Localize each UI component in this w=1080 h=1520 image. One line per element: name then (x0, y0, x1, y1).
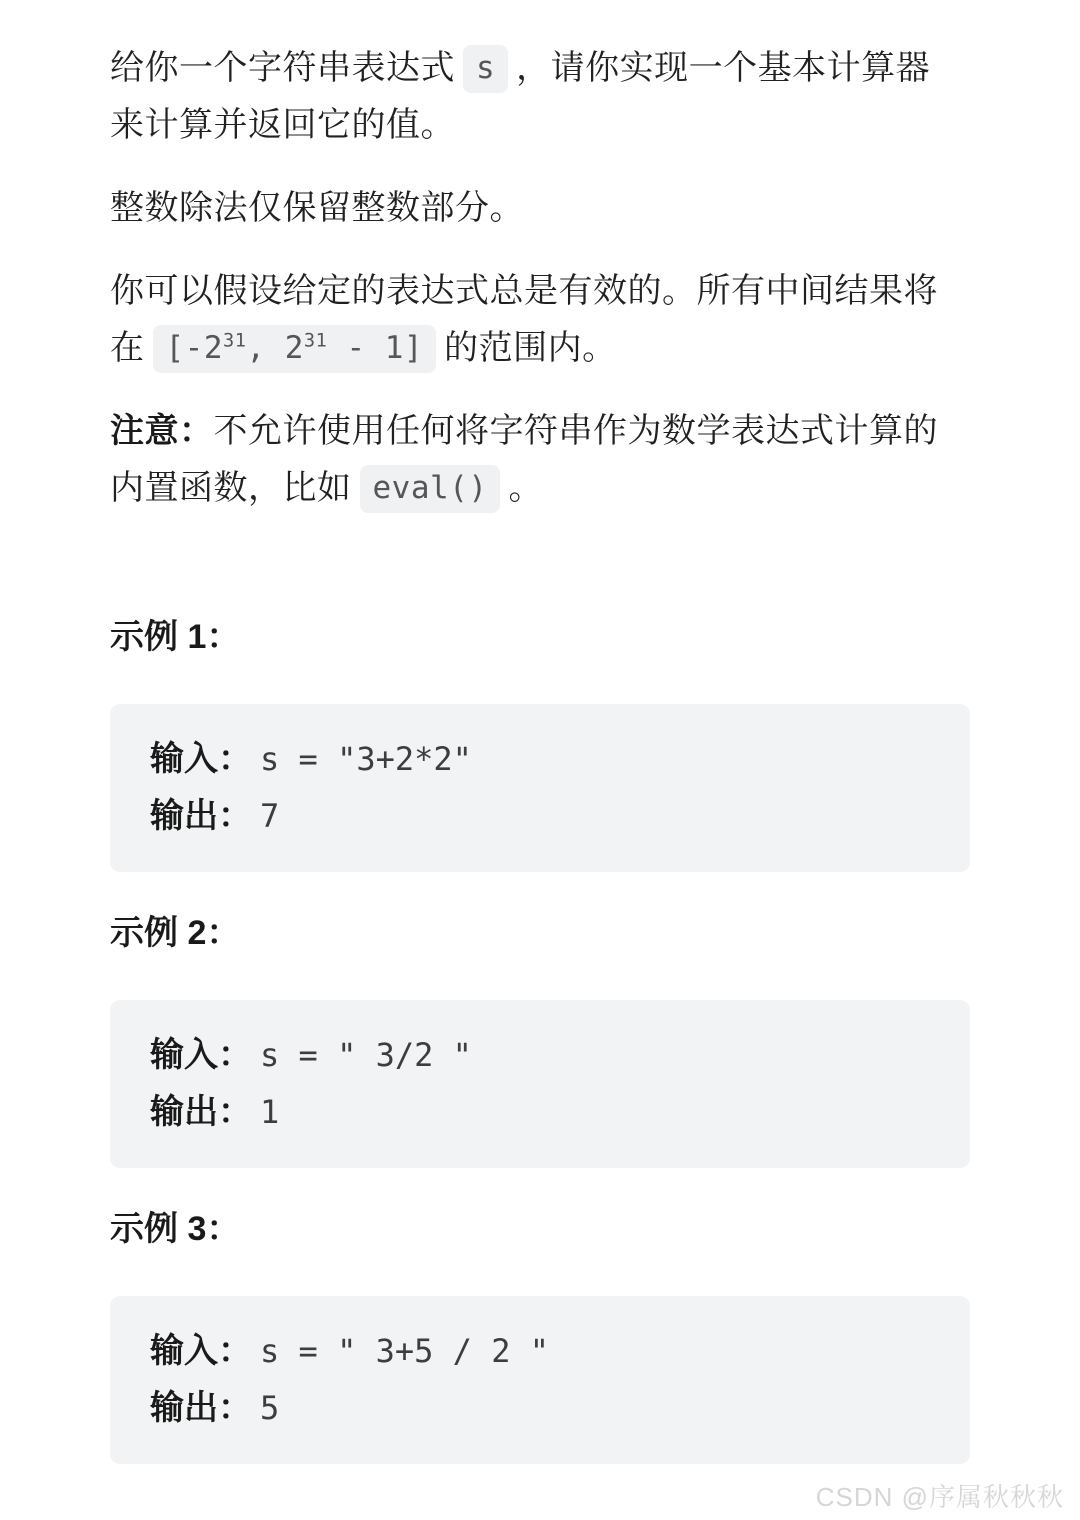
paragraph-note: 注意：不允许使用任何将字符串作为数学表达式计算的内置函数，比如eval()。 (110, 403, 958, 517)
example-3-output-line: 输出：5 (150, 1380, 930, 1437)
range-exponent-2: 31 (304, 331, 327, 352)
example-1-heading: 示例 1： (110, 609, 958, 666)
inline-code-eval: eval() (360, 465, 501, 513)
example-2-input-value: s = " 3/2 " (260, 1036, 472, 1074)
example-3-heading: 示例 3： (110, 1201, 958, 1258)
example-1-output-line: 输出：7 (150, 788, 930, 845)
note-label: 注意： (110, 412, 214, 450)
output-label: 输出： (150, 1093, 252, 1131)
output-label: 输出： (150, 797, 252, 835)
input-label: 输入： (150, 740, 252, 778)
example-2-input-line: 输入：s = " 3/2 " (150, 1027, 930, 1084)
inline-code-range: [-231, 231 - 1] (153, 325, 437, 373)
example-3-box: 输入：s = " 3+5 / 2 " 输出：5 (110, 1296, 970, 1464)
intro-text-before: 给你一个字符串表达式 (110, 49, 455, 87)
paragraph-intro: 给你一个字符串表达式s，请你实现一个基本计算器来计算并返回它的值。 (110, 40, 958, 154)
problem-description: 给你一个字符串表达式s，请你实现一个基本计算器来计算并返回它的值。 整数除法仅保… (0, 0, 958, 1464)
range-open: [-2 (166, 330, 224, 366)
example-1-box: 输入：s = "3+2*2" 输出：7 (110, 704, 970, 872)
range-mid: , 2 (246, 330, 304, 366)
range-text-after: 的范围内。 (444, 329, 617, 367)
input-label: 输入： (150, 1332, 252, 1370)
example-1-input-value: s = "3+2*2" (260, 740, 472, 778)
example-1-output-value: 7 (260, 797, 279, 835)
example-1-input-line: 输入：s = "3+2*2" (150, 731, 930, 788)
note-text-after: 。 (508, 469, 543, 507)
example-3-output-value: 5 (260, 1389, 279, 1427)
example-2-output-value: 1 (260, 1093, 279, 1131)
paragraph-range: 你可以假设给定的表达式总是有效的。所有中间结果将在[-231, 231 - 1]… (110, 263, 958, 377)
example-2-box: 输入：s = " 3/2 " 输出：1 (110, 1000, 970, 1168)
input-label: 输入： (150, 1036, 252, 1074)
example-2-output-line: 输出：1 (150, 1084, 930, 1141)
range-exponent-1: 31 (223, 331, 246, 352)
example-3-input-value: s = " 3+5 / 2 " (260, 1332, 549, 1370)
output-label: 输出： (150, 1389, 252, 1427)
example-3-input-line: 输入：s = " 3+5 / 2 " (150, 1323, 930, 1380)
paragraph-integer-division: 整数除法仅保留整数部分。 (110, 180, 958, 237)
example-2-heading: 示例 2： (110, 905, 958, 962)
range-close: - 1] (327, 330, 423, 366)
inline-code-s: s (463, 45, 508, 93)
csdn-watermark: CSDN @序属秋秋秋 (816, 1477, 1064, 1514)
